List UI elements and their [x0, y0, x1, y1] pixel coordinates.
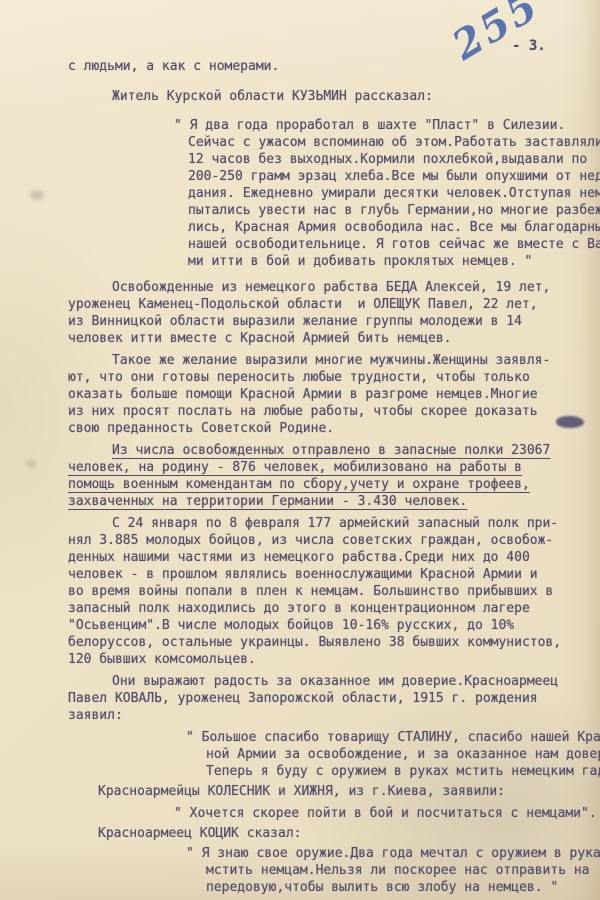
paragraph: с людьми, а как с номерами. [68, 58, 586, 75]
text-line: С 24 января по 8 февраля 177 армейский з… [68, 515, 586, 532]
text-line: "Осьвенцим".В числе молодых бойцов 10-16… [68, 617, 586, 634]
text-line: " Хочется скорее пойти в бой и посчитать… [188, 805, 586, 822]
paragraph: Из числа освобожденных отправлено в запа… [68, 442, 586, 510]
text-line: оказать больше помощи Красной Армии в ра… [68, 386, 586, 403]
text-line: свою преданность Советской Родине. [68, 420, 586, 437]
document-body: с людьми, а как с номерами.Житель Курско… [0, 0, 600, 900]
text-line: человек итти вместе с Красной Армией бит… [68, 330, 586, 347]
text-line: запасный полк находились до этого в конц… [68, 600, 586, 617]
text-line: дания. Ежедневно умирали десятки человек… [188, 185, 586, 202]
text-line: Житель Курской области КУЗЬМИН рассказал… [68, 88, 586, 105]
paper-stain [30, 190, 44, 200]
text-line: Красноармеец КОЦИК сказал: [68, 825, 586, 842]
text-line: Красноармейцы КОЛЕСНИК и ХИЖНЯ, из г.Кие… [68, 783, 586, 800]
text-line: с людьми, а как с номерами. [68, 58, 586, 75]
text-line: пытались увести нас в глубь Германии,но … [188, 202, 586, 219]
text-line: Освобожденные из немецкого рабства БЕДА … [68, 279, 586, 296]
paragraph: " Большое спасибо товарищу СТАЛИНУ, спас… [206, 729, 586, 780]
text-line: " Большое спасибо товарищу СТАЛИНУ, спас… [206, 729, 586, 746]
paragraph: Такое же желание выразили многие мужчины… [68, 352, 586, 437]
text-line: " Я знаю свое оружие.Два года мечтал с о… [206, 845, 586, 862]
text-line: заявил: [68, 707, 586, 724]
paragraph: С 24 января по 8 февраля 177 армейский з… [68, 515, 586, 668]
paragraph: " Я знаю свое оружие.Два года мечтал с о… [206, 845, 586, 896]
text-line: захваченных на территории Германии - 3.4… [68, 493, 586, 510]
text-line: во время войны попали в плен к немцам. Б… [68, 583, 586, 600]
text-line: " Я два года проработал в шахте "Пласт" … [188, 117, 586, 134]
text-line: ной Армии за освобождение, и за оказанно… [206, 746, 586, 763]
text-line: мстить немцам.Нельзя ли поскорее нас отп… [206, 862, 586, 879]
text-line: Теперь я буду с оружием в руках мстить н… [206, 763, 586, 780]
text-line: 200-250 грамм эрзац хлеба.Все мы были оп… [188, 168, 586, 185]
text-line: уроженец Каменец-Подольской области и ОЛ… [68, 296, 586, 313]
text-line: денных нашими частями из немецкого рабст… [68, 549, 586, 566]
text-line: передовую,чтобы вылить всю злобу на немц… [206, 879, 586, 896]
text-line: Такое же желание выразили многие мужчины… [68, 352, 586, 369]
text-line: лись, Красная Армия освободила нас. Все … [188, 219, 586, 236]
text-line: Павел КОВАЛЬ, уроженец Запорожской облас… [68, 690, 586, 707]
paragraph: " Я два года проработал в шахте "Пласт" … [188, 117, 586, 270]
text-line: из них просят послать на любые работы, ч… [68, 403, 586, 420]
text-line: белоруссов, остальные украинцы. Выявлено… [68, 634, 586, 651]
text-line: из Винницкой области выразили желание гр… [68, 313, 586, 330]
paragraph: Освобожденные из немецкого рабства БЕДА … [68, 279, 586, 347]
paper-stain [26, 460, 36, 468]
text-line: нашей освободительнице. Я готов сейчас ж… [188, 236, 586, 253]
text-line: 12 часов без выходных.Кормили похлебкой,… [188, 151, 586, 168]
paragraph: Красноармейцы КОЛЕСНИК и ХИЖНЯ, из г.Кие… [68, 783, 586, 800]
text-line: Из числа освобожденных отправлено в запа… [68, 442, 586, 459]
paragraph: Житель Курской области КУЗЬМИН рассказал… [68, 88, 586, 105]
paragraph: Они выражают радость за оказанное им дов… [68, 673, 586, 724]
ink-smudge [556, 416, 584, 428]
paragraph: " Хочется скорее пойти в бой и посчитать… [188, 805, 586, 822]
text-line: нял 3.885 молодых бойцов, из числа совет… [68, 532, 586, 549]
text-line: ми итти в бой и добивать проклятых немце… [188, 253, 586, 270]
text-line: 120 бывших комсомольцев. [68, 651, 586, 668]
paragraph: Красноармеец КОЦИК сказал: [68, 825, 586, 842]
text-line: Сейчас с ужасом вспоминаю об этом.Работа… [188, 134, 586, 151]
text-line: ют, что они готовы переносить любые труд… [68, 369, 586, 386]
text-line: человек, на родину - 876 человек, мобили… [68, 459, 586, 476]
text-line: Они выражают радость за оказанное им дов… [68, 673, 586, 690]
text-line: человек - в прошлом являлись военнослужа… [68, 566, 586, 583]
text-line: помощь военным комендантам по сбору,учет… [68, 476, 586, 493]
